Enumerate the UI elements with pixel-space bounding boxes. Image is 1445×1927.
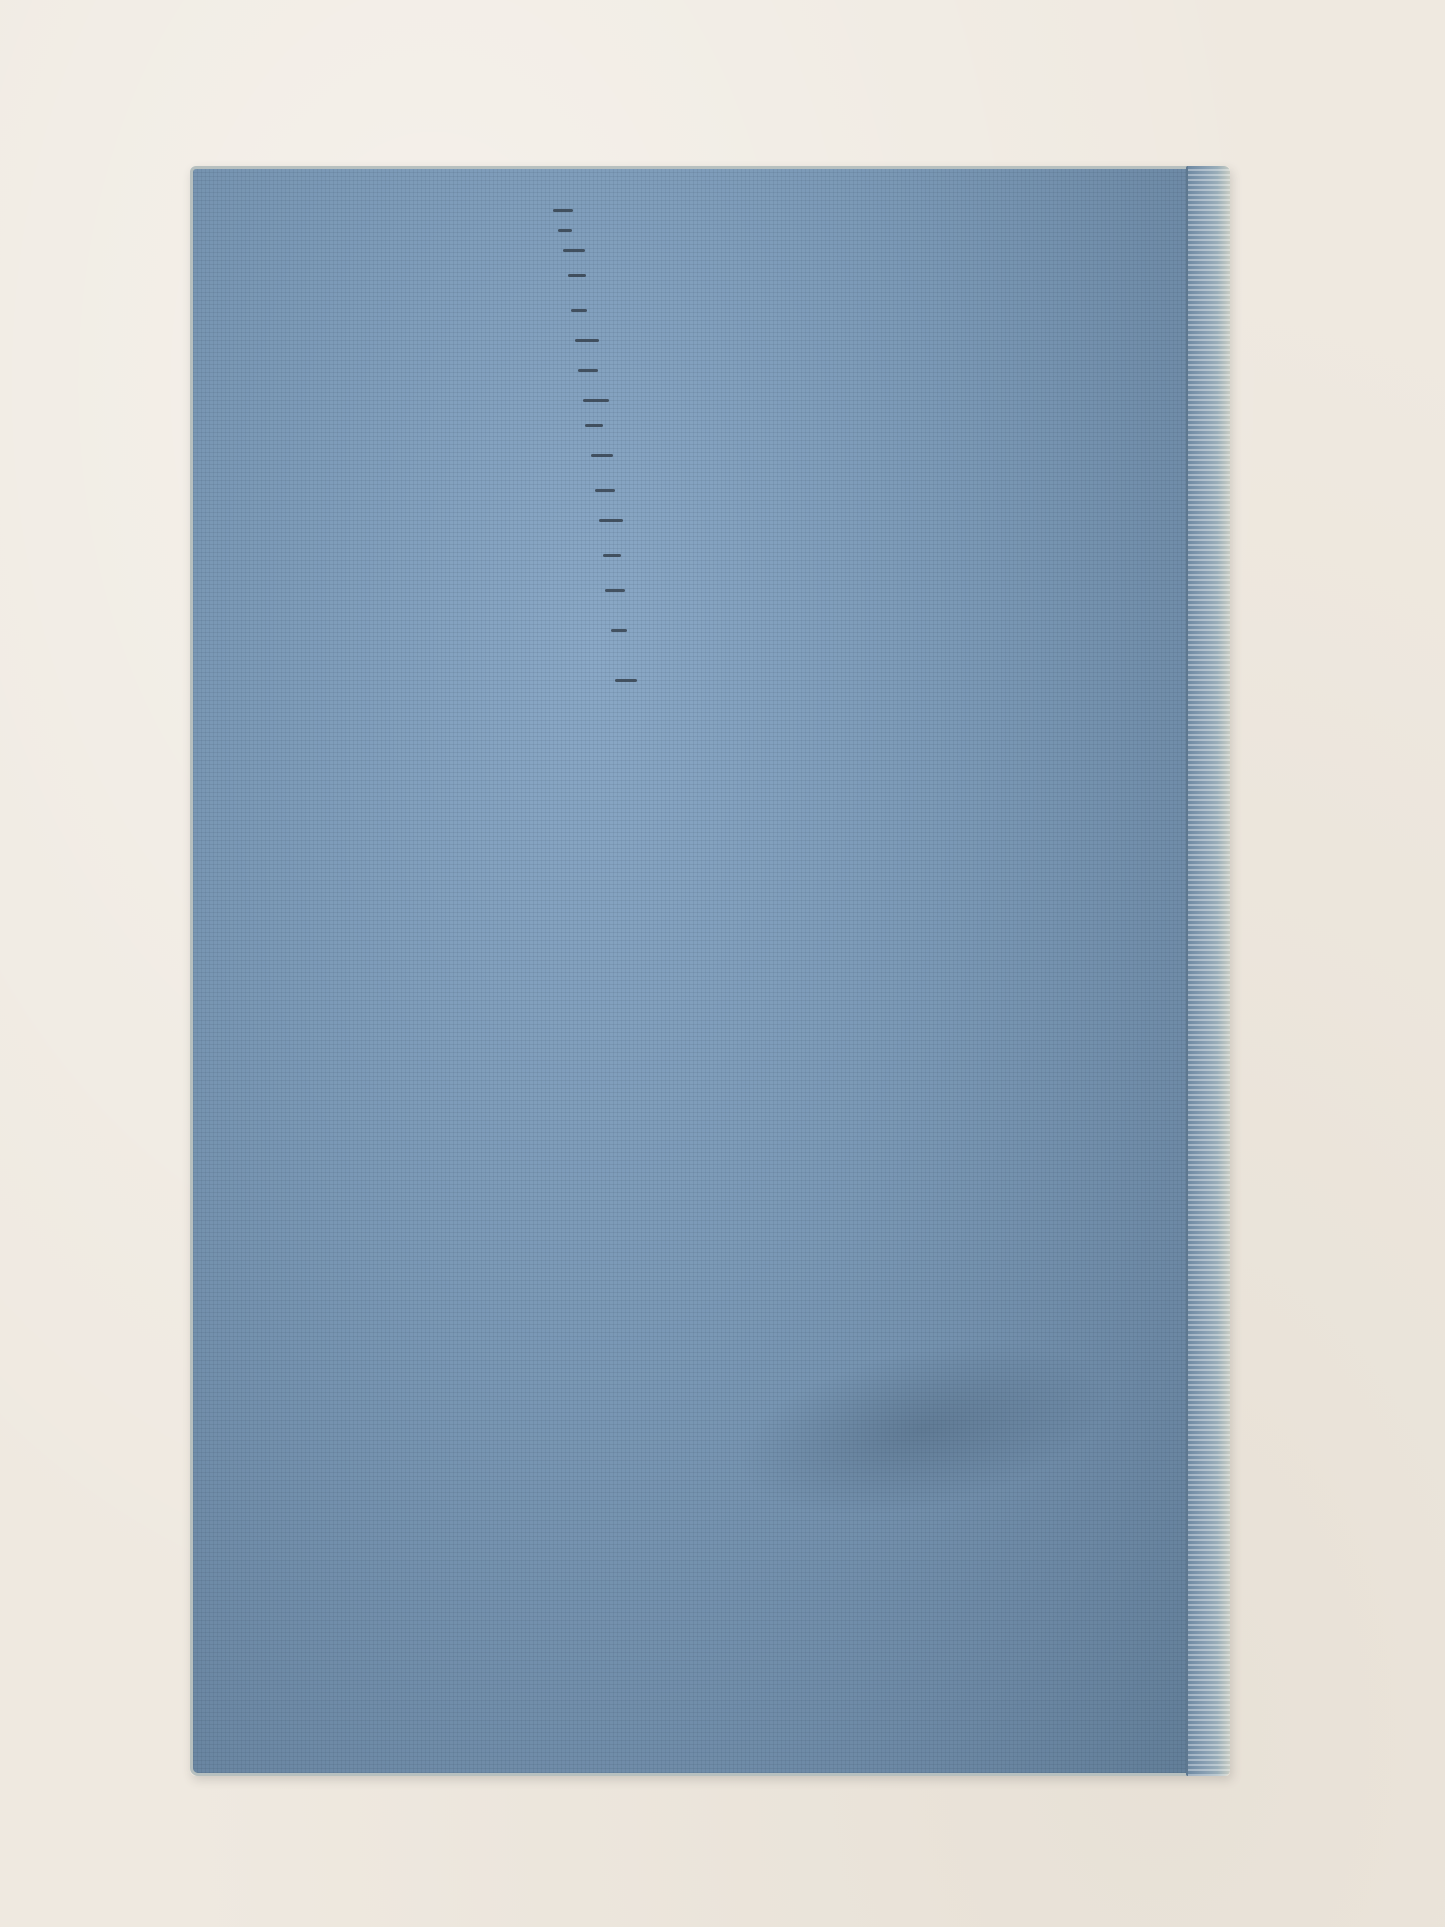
ink-mark xyxy=(611,629,627,632)
ink-mark xyxy=(558,229,572,232)
book-back-cover xyxy=(190,166,1200,1776)
ink-mark xyxy=(563,249,585,252)
ink-mark xyxy=(585,424,603,427)
ink-mark xyxy=(568,274,586,277)
ink-transfer-marks xyxy=(543,199,663,699)
ink-mark xyxy=(571,309,587,312)
ink-mark xyxy=(578,369,598,372)
ink-mark xyxy=(605,589,625,592)
ink-mark xyxy=(603,554,621,557)
ink-mark xyxy=(615,679,637,682)
cover-stain xyxy=(721,1311,1126,1547)
ink-mark xyxy=(575,339,599,342)
ink-mark xyxy=(583,399,609,402)
book-spine xyxy=(1186,166,1230,1776)
ink-mark xyxy=(591,454,613,457)
ink-mark xyxy=(595,489,615,492)
ink-mark xyxy=(553,209,573,212)
ink-mark xyxy=(599,519,623,522)
book xyxy=(190,166,1230,1776)
